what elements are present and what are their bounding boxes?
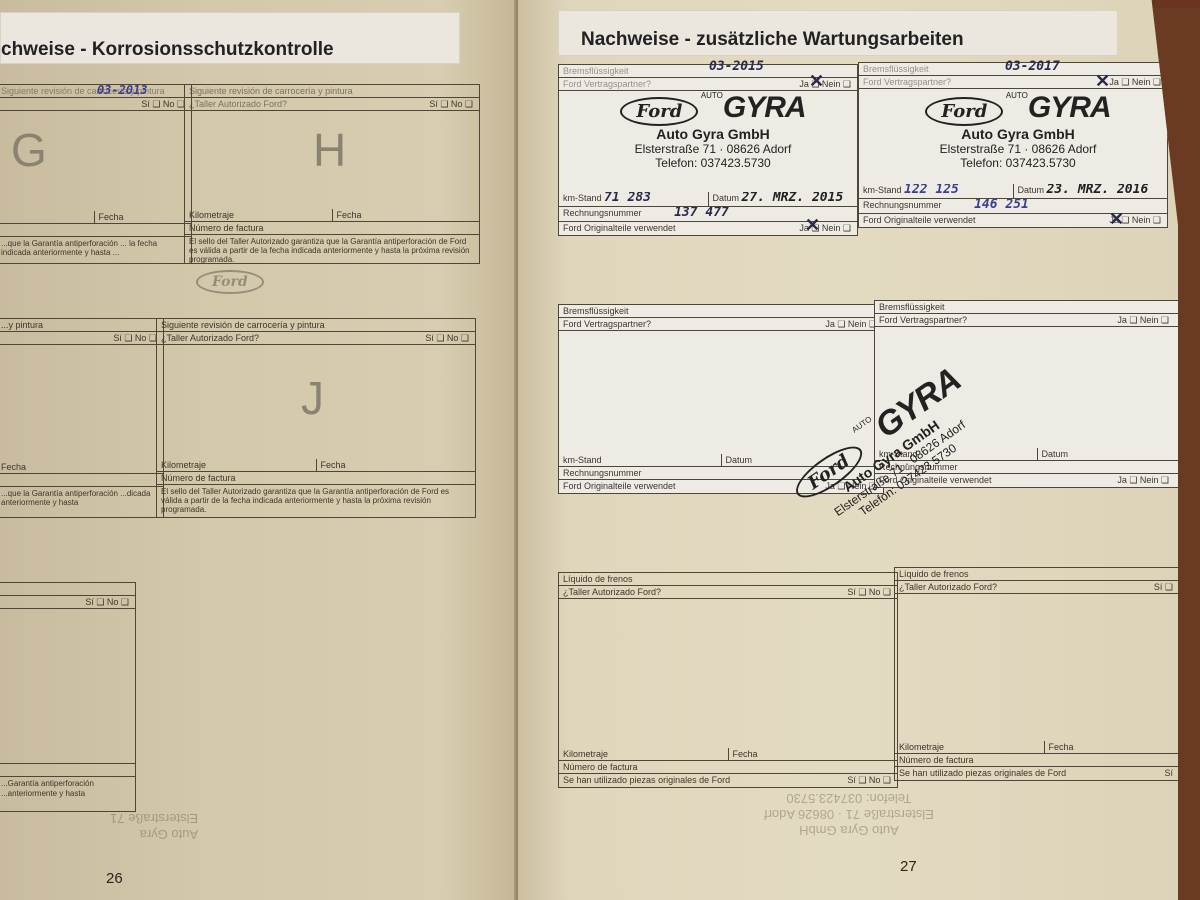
form-i-row2: Sí ❑ No ❑ (0, 332, 163, 345)
form-g-row2: Sí ❑ No ❑ (0, 98, 191, 111)
right-page-title: Nachweise - zusätzliche Wartungsarbeiten (558, 10, 1118, 56)
x-mark-originalteile-2: ✕ (1109, 209, 1124, 230)
form-h-letter: H (313, 123, 346, 177)
x-mark-originalteile-1: ✕ (805, 215, 820, 236)
dealer-stamp-2: Ford AUTOGYRA Auto Gyra GmbH Elsterstraß… (883, 91, 1153, 170)
form-j-bottom: KilometrajeFecha Número de factura El se… (157, 459, 475, 517)
form-de-1: Bremsflüssigkeit Ford Vertragspartner?Ja… (558, 64, 858, 236)
left-page-title: chweise - Korrosionsschutzkontrolle (0, 12, 460, 64)
form-es-1: Líquido de frenos ¿Taller Autorizado For… (558, 572, 898, 788)
page-number-right: 27 (900, 858, 917, 875)
bleed-through-stamp-right: Auto Gyra GmbH Elsterstraße 71 · 08626 A… (764, 790, 934, 838)
form-j-letter: J (301, 371, 324, 425)
page-number-left: 26 (106, 870, 123, 887)
form-h: Siguiente revisión de carrocería y pintu… (184, 84, 480, 264)
km-value-2: 122 125 (904, 184, 959, 197)
km-value-1: 71 283 (604, 192, 651, 205)
form-h-bottom: KilometrajeFecha Número de factura El se… (185, 209, 479, 263)
faded-ford-stamp: Ford (196, 270, 264, 294)
form-g-handwritten-date: 03-2013 (97, 83, 148, 97)
form-h-row1: Siguiente revisión de carrocería y pintu… (185, 85, 479, 98)
form-i-row1: ...y pintura (0, 319, 163, 332)
form-de-2: Bremsflüssigkeit Ford Vertragspartner?Ja… (858, 62, 1168, 228)
right-page: Nachweise - zusätzliche Wartungsarbeiten… (518, 0, 1178, 900)
form-i-bottom: Fecha ...que la Garantía antiperforación… (0, 461, 163, 517)
left-title-text: chweise - Korrosionsschutzkontrolle (1, 39, 334, 60)
form-g-row1: Siguiente revisión de carrocería y pintu… (0, 85, 191, 98)
right-title-text: Nachweise - zusätzliche Wartungsarbeiten (581, 29, 964, 50)
form-j-row1: Siguiente revisión de carrocería y pintu… (157, 319, 475, 332)
form-k: Sí ❑ No ❑ ...Garantía antiperforación ..… (0, 582, 136, 812)
form-g-letter: G (11, 123, 47, 177)
form-j: Siguiente revisión de carrocería y pintu… (156, 318, 476, 518)
x-mark-ja: ✕ (809, 71, 824, 92)
x-mark-ja-2: ✕ (1095, 71, 1110, 92)
form-h-row2: ¿Taller Autorizado Ford?Sí ❑ No ❑ (185, 98, 479, 111)
datum-value-1: 27. MRZ. 2015 (742, 192, 844, 205)
rechnung-value-1: 137 477 (674, 207, 729, 220)
rechnung-value-2: 146 251 (974, 199, 1029, 212)
form-de-1-handwritten-date: 03-2015 (709, 59, 764, 74)
datum-value-2: 23. MRZ. 2016 (1047, 184, 1149, 197)
dealer-stamp-1: Ford AUTOGYRA Auto Gyra GmbH Elsterstraß… (583, 91, 843, 170)
form-i: ...y pintura Sí ❑ No ❑ Fecha ...que la G… (0, 318, 164, 518)
form-g-bottom: Fecha ...que la Garantía antiperforación… (0, 211, 191, 263)
form-j-row2: ¿Taller Autorizado Ford?Sí ❑ No ❑ (157, 332, 475, 345)
bleed-through-stamp-left: Auto GyraElsterstraße 71 (110, 810, 198, 842)
left-page: chweise - Korrosionsschutzkontrolle Sigu… (0, 0, 518, 900)
form-es-2: Líquido de frenos ¿Taller Autorizado For… (894, 567, 1194, 781)
form-de-2-handwritten-date: 03-2017 (1005, 59, 1060, 74)
form-g: Siguiente revisión de carrocería y pintu… (0, 84, 192, 264)
